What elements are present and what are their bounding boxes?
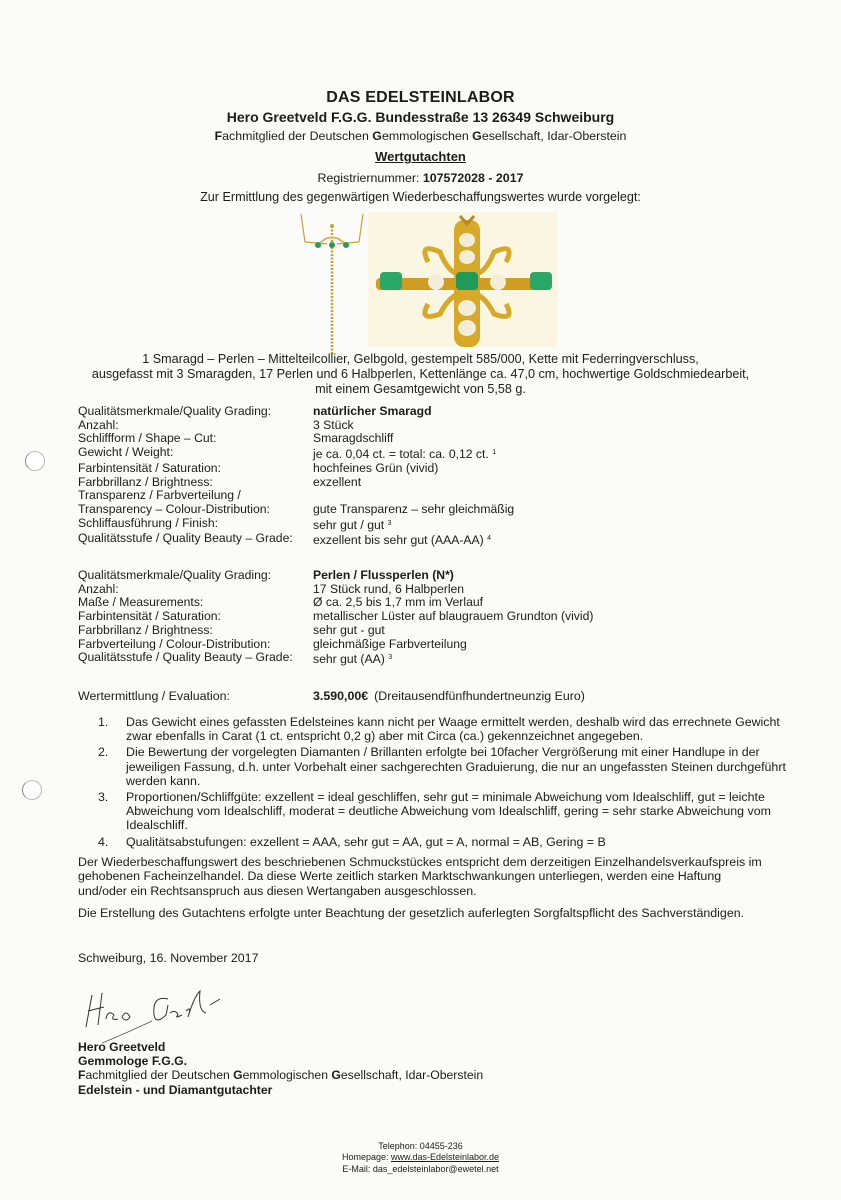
grading-label: Transparency – Colour-Distribution:	[78, 503, 313, 517]
footnote-number: 2.	[98, 745, 126, 788]
footnote-item: 2.Die Bewertung der vorgelegten Diamante…	[98, 745, 798, 788]
grading-row: Qualitätsmerkmale/Quality Grading:natürl…	[78, 405, 514, 419]
grading-value: exzellent bis sehr gut (AAA-AA) 4	[313, 532, 491, 548]
phone: Telephon: 04455-236	[0, 1141, 841, 1152]
footnote-text: Das Gewicht eines gefassten Edelsteines …	[126, 715, 798, 743]
footnote-reference: 1	[492, 449, 496, 456]
grading-row: Schliffausführung / Finish:sehr gut / gu…	[78, 517, 514, 533]
signer-title: Gemmologe F.G.G.	[78, 1054, 483, 1068]
footnote-text: Die Bewertung der vorgelegten Diamanten …	[126, 745, 798, 788]
evaluation-amount: 3.590,00€	[313, 689, 368, 703]
grading-row: Farbbrillanz / Brightness:sehr gut - gut	[78, 624, 593, 638]
registration-number: Registriernummer: 107572028 - 2017	[0, 171, 841, 185]
footnote-reference: 4	[487, 535, 491, 542]
footnote-reference: 3	[388, 520, 392, 527]
footnote-item: 1.Das Gewicht eines gefassten Edelsteine…	[98, 715, 798, 743]
grading-label: Farbbrillanz / Brightness:	[78, 476, 313, 490]
description-line: 1 Smaragd – Perlen – Mittelteilcollier, …	[0, 352, 841, 367]
footnote-reference: 3	[388, 654, 392, 661]
grading-label: Qualitätsstufe / Quality Beauty – Grade:	[78, 532, 313, 548]
diligence-paragraph: Die Erstellung des Gutachtens erfolgte u…	[78, 906, 768, 920]
grading-value: gute Transparenz – sehr gleichmäßig	[313, 503, 514, 517]
footnotes-list: 1.Das Gewicht eines gefassten Edelsteine…	[98, 715, 798, 851]
grading-value: Ø ca. 2,5 bis 1,7 mm im Verlauf	[313, 596, 483, 610]
evaluation-row: Wertermittlung / Evaluation: 3.590,00€ (…	[78, 689, 585, 703]
disclaimer-paragraph: Der Wiederbeschaffungswert des beschrieb…	[78, 855, 768, 898]
grading-label: Schliffform / Shape – Cut:	[78, 432, 313, 446]
signature-block: Hero Greetveld Gemmologe F.G.G. Fachmitg…	[78, 1040, 483, 1097]
footnote-number: 3.	[98, 790, 126, 833]
punch-hole-icon	[25, 451, 45, 471]
description-line: ausgefasst mit 3 Smaragden, 17 Perlen un…	[0, 367, 841, 382]
punch-hole-icon	[22, 780, 42, 800]
grading-row: Farbintensität / Saturation:hochfeines G…	[78, 462, 514, 476]
grading-value: 3 Stück	[313, 419, 354, 433]
footnote-text: Proportionen/Schliffgüte: exzellent = id…	[126, 790, 798, 833]
grading-value: sehr gut / gut 3	[313, 517, 391, 533]
footnote-item: 3.Proportionen/Schliffgüte: exzellent = …	[98, 790, 798, 833]
grading-label: Transparenz / Farbverteilung /	[78, 489, 313, 503]
handwritten-signature	[82, 985, 232, 1045]
grading-label: Farbintensität / Saturation:	[78, 462, 313, 476]
grading-row: Farbbrillanz / Brightness:exzellent	[78, 476, 514, 490]
grading-value: natürlicher Smaragd	[313, 405, 432, 419]
grading-row: Schliffform / Shape – Cut:Smaragdschliff	[78, 432, 514, 446]
signer-name: Hero Greetveld	[78, 1040, 483, 1054]
grading-row: Qualitätsstufe / Quality Beauty – Grade:…	[78, 651, 593, 667]
grading-value: exzellent	[313, 476, 361, 490]
grading-value: metallischer Lüster auf blaugrauem Grund…	[313, 610, 593, 624]
necklace-full-view-photo	[297, 208, 367, 358]
lab-address: Hero Greetveld F.G.G. Bundesstraße 13 26…	[0, 109, 841, 125]
lab-name: DAS EDELSTEINLABOR	[0, 89, 841, 107]
grading-value: Perlen / Flussperlen (N*)	[313, 569, 454, 583]
place-date: Schweiburg, 16. November 2017	[78, 951, 768, 965]
contact-footer: Telephon: 04455-236 Homepage: www.das-Ed…	[0, 1141, 841, 1175]
item-description: 1 Smaragd – Perlen – Mittelteilcollier, …	[0, 352, 841, 397]
grading-value: 17 Stück rund, 6 Halbperlen	[313, 583, 464, 597]
footnote-number: 1.	[98, 715, 126, 743]
lab-membership: Fachmitglied der Deutschen Gemmologische…	[0, 129, 841, 143]
grading-label: Maße / Measurements:	[78, 596, 313, 610]
grading-row: Qualitätsmerkmale/Quality Grading:Perlen…	[78, 569, 593, 583]
grading-label: Anzahl:	[78, 583, 313, 597]
grading-label: Schliffausführung / Finish:	[78, 517, 313, 533]
intro-text: Zur Ermittlung des gegenwärtigen Wiederb…	[0, 190, 841, 204]
grading-value: sehr gut (AA) 3	[313, 651, 392, 667]
grading-label: Gewicht / Weight:	[78, 446, 313, 462]
homepage-link[interactable]: www.das-Edelsteinlabor.de	[391, 1152, 499, 1162]
footnote-text: Qualitätsabstufungen: exzellent = AAA, s…	[126, 835, 798, 849]
grading-row: Farbintensität / Saturation:metallischer…	[78, 610, 593, 624]
pendant-closeup-photo	[368, 212, 558, 347]
footnote-item: 4.Qualitätsabstufungen: exzellent = AAA,…	[98, 835, 798, 849]
email: E-Mail: das_edelsteinlabor@ewetel.net	[0, 1164, 841, 1175]
grading-row: Farbverteilung / Colour-Distribution:gle…	[78, 638, 593, 652]
document-title: Wertgutachten	[0, 149, 841, 164]
grading-value: gleichmäßige Farbverteilung	[313, 638, 467, 652]
homepage: Homepage: www.das-Edelsteinlabor.de	[0, 1152, 841, 1163]
grading-value: sehr gut - gut	[313, 624, 385, 638]
grading-label: Qualitätsstufe / Quality Beauty – Grade:	[78, 651, 313, 667]
grading-label: Farbintensität / Saturation:	[78, 610, 313, 624]
grading-row: Transparency – Colour-Distribution:gute …	[78, 503, 514, 517]
grading-label: Qualitätsmerkmale/Quality Grading:	[78, 569, 313, 583]
grading-row: Qualitätsstufe / Quality Beauty – Grade:…	[78, 532, 514, 548]
grading-row: Anzahl:3 Stück	[78, 419, 514, 433]
grading-label: Farbverteilung / Colour-Distribution:	[78, 638, 313, 652]
signer-role: Edelstein - und Diamantgutachter	[78, 1083, 483, 1097]
grading-value: hochfeines Grün (vivid)	[313, 462, 438, 476]
evaluation-in-words: (Dreitausendfünfhundertneunzig Euro)	[374, 689, 585, 703]
grading-label: Anzahl:	[78, 419, 313, 433]
emerald-grading-table: Qualitätsmerkmale/Quality Grading:natürl…	[78, 405, 514, 548]
grading-row: Maße / Measurements:Ø ca. 2,5 bis 1,7 mm…	[78, 596, 593, 610]
grading-value: je ca. 0,04 ct. = total: ca. 0,12 ct. 1	[313, 446, 496, 462]
grading-row: Transparenz / Farbverteilung /	[78, 489, 514, 503]
footnote-number: 4.	[98, 835, 126, 849]
grading-label: Farbbrillanz / Brightness:	[78, 624, 313, 638]
pearl-grading-table: Qualitätsmerkmale/Quality Grading:Perlen…	[78, 569, 593, 667]
signer-membership: Fachmitglied der Deutschen Gemmologische…	[78, 1068, 483, 1082]
evaluation-label: Wertermittlung / Evaluation:	[78, 689, 313, 703]
grading-row: Gewicht / Weight:je ca. 0,04 ct. = total…	[78, 446, 514, 462]
grading-label: Qualitätsmerkmale/Quality Grading:	[78, 405, 313, 419]
description-line: mit einem Gesamtgewicht von 5,58 g.	[0, 382, 841, 397]
grading-row: Anzahl:17 Stück rund, 6 Halbperlen	[78, 583, 593, 597]
grading-value: Smaragdschliff	[313, 432, 393, 446]
